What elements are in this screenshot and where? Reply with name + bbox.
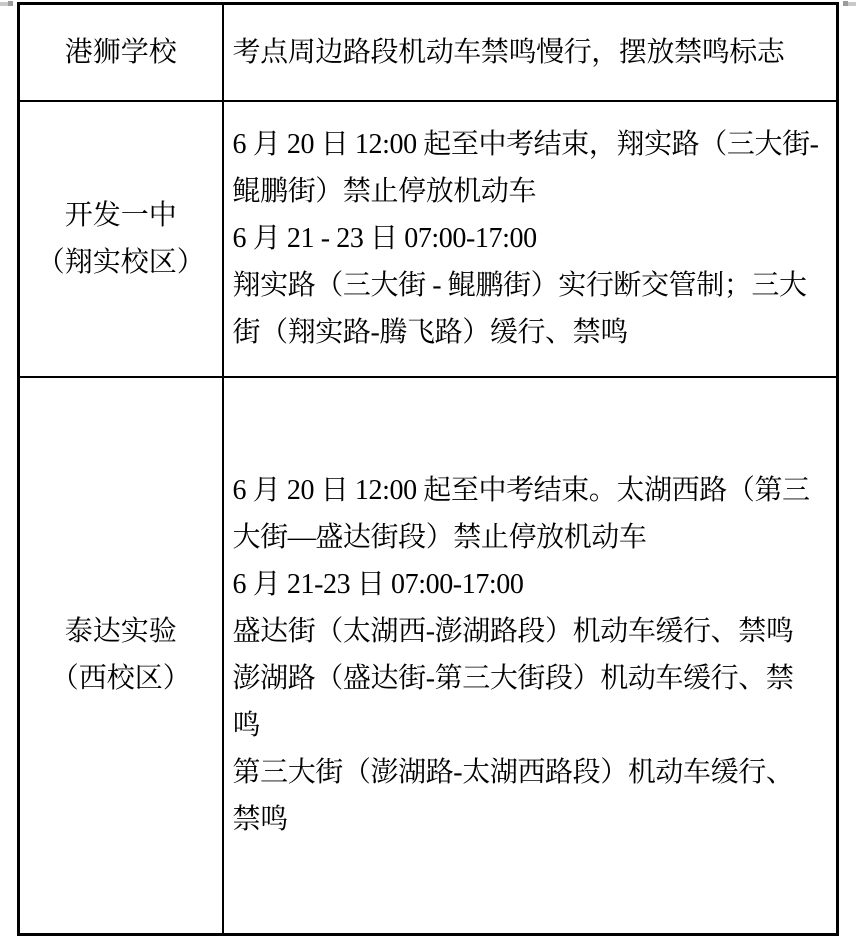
school-campus: （西校区） [20, 655, 222, 702]
measure-text-line: 大街—盛达街段）禁止停放机动车 [233, 514, 835, 561]
traffic-control-table: 港狮学校 考点周边路段机动车禁鸣慢行，摆放禁鸣标志 开发一中 （翔实校区） 6 … [17, 2, 839, 936]
page-edge-artifact-right [843, 2, 856, 6]
measure-text-line: 6 月 20 日 12:00 起至中考结束，翔实路（三大街- [233, 121, 835, 168]
school-cell: 港狮学校 [19, 4, 223, 101]
measure-text-line: 盛达街（太湖西-澎湖路段）机动车缓行、禁鸣 [233, 608, 835, 655]
measure-text-line: 第三大街（澎湖路-太湖西路段）机动车缓行、 [233, 749, 835, 796]
measures-cell: 考点周边路段机动车禁鸣慢行，摆放禁鸣标志 [223, 4, 838, 101]
measures-cell: 6 月 20 日 12:00 起至中考结束，翔实路（三大街- 鲲鹏街）禁止停放机… [223, 101, 838, 377]
school-name: 泰达实验 [20, 608, 222, 655]
measure-text-line: 禁鸣 [233, 796, 835, 843]
school-cell: 开发一中 （翔实校区） [19, 101, 223, 377]
school-cell: 泰达实验 （西校区） [19, 377, 223, 935]
measure-text-line: 澎湖路（盛达街-第三大街段）机动车缓行、禁 [233, 655, 835, 702]
table-row: 港狮学校 考点周边路段机动车禁鸣慢行，摆放禁鸣标志 [19, 4, 838, 101]
page-edge-artifact-left-tip [8, 1, 13, 6]
measure-text-line: 鲲鹏街）禁止停放机动车 [233, 168, 835, 215]
measure-text-line: 翔实路（三大街 - 鲲鹏街）实行断交管制；三大 [233, 262, 835, 309]
table-row: 开发一中 （翔实校区） 6 月 20 日 12:00 起至中考结束，翔实路（三大… [19, 101, 838, 377]
measure-text-line: 考点周边路段机动车禁鸣慢行，摆放禁鸣标志 [233, 29, 835, 76]
measure-text-line: 6 月 20 日 12:00 起至中考结束。太湖西路（第三 [233, 467, 835, 514]
measure-text-line: 鸣 [233, 702, 835, 749]
school-campus: （翔实校区） [20, 239, 222, 286]
school-name: 港狮学校 [20, 29, 222, 76]
document-page: 港狮学校 考点周边路段机动车禁鸣慢行，摆放禁鸣标志 开发一中 （翔实校区） 6 … [0, 0, 856, 946]
table-row: 泰达实验 （西校区） 6 月 20 日 12:00 起至中考结束。太湖西路（第三… [19, 377, 838, 935]
school-name: 开发一中 [20, 192, 222, 239]
measure-text-line: 街（翔实路-腾飞路）缓行、禁鸣 [233, 309, 835, 356]
measures-cell: 6 月 20 日 12:00 起至中考结束。太湖西路（第三 大街—盛达街段）禁止… [223, 377, 838, 935]
measure-text-line: 6 月 21 - 23 日 07:00-17:00 [233, 215, 835, 262]
measure-text-line: 6 月 21-23 日 07:00-17:00 [233, 561, 835, 608]
page-edge-artifact-left [0, 2, 13, 6]
page-edge-artifact-right-tip [843, 1, 848, 6]
